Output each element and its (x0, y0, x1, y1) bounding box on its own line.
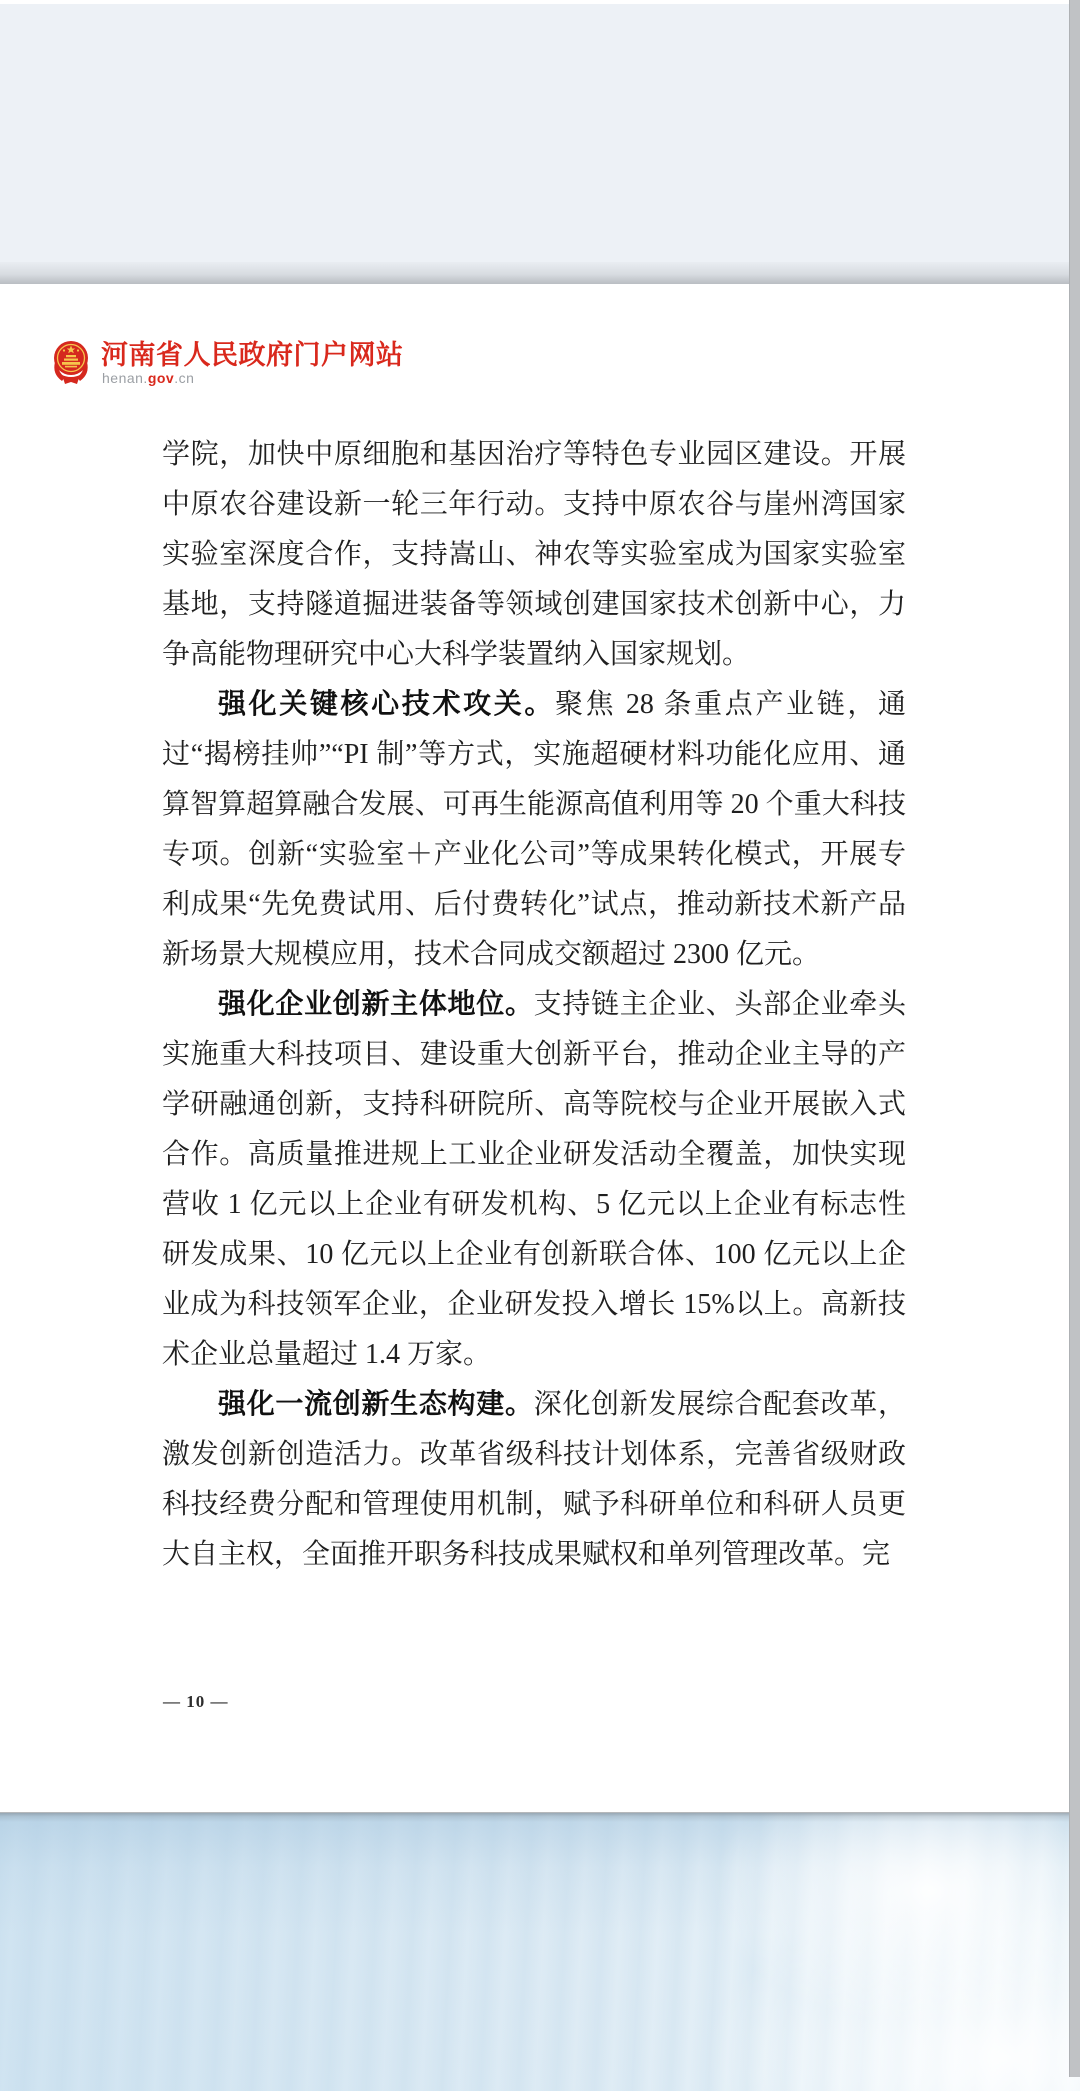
paragraph-lead: 强化企业创新主体地位。 (218, 989, 534, 1020)
next-page-watercolor-decoration (0, 1813, 1080, 2091)
paragraph-text: 支持链主企业、头部企业牵头实施重大科技项目、建设重大创新平台，推动企业主导的产学… (162, 989, 906, 1370)
page-number: — 10 — (163, 1692, 229, 1712)
page-gap-shadow (0, 1812, 1080, 1822)
site-domain-gov: gov (148, 370, 174, 386)
document-page: 河南省人民政府门户网站 henan.gov.cn 学院，加快中原细胞和基因治疗等… (0, 284, 1080, 1812)
site-domain: henan.gov.cn (102, 370, 194, 386)
scrollbar-track[interactable] (1069, 0, 1080, 2077)
china-national-emblem-icon (50, 338, 92, 386)
document-paragraph: 强化一流创新生态构建。深化创新发展综合配套改革，激发创新创造活力。改革省级科技计… (162, 1380, 906, 1580)
site-domain-prefix: henan. (102, 370, 148, 386)
site-header: 河南省人民政府门户网站 henan.gov.cn (0, 284, 1080, 404)
document-paragraph: 强化关键核心技术攻关。聚焦 28 条重点产业链，通过“揭榜挂帅”“PI 制”等方… (162, 680, 906, 980)
screen: 河南省人民政府门户网站 henan.gov.cn 学院，加快中原细胞和基因治疗等… (0, 0, 1080, 2091)
document-paragraph: 学院，加快中原细胞和基因治疗等特色专业园区建设。开展中原农谷建设新一轮三年行动。… (162, 430, 906, 680)
site-title: 河南省人民政府门户网站 (101, 340, 404, 370)
site-domain-suffix: .cn (174, 370, 194, 386)
document-body: 学院，加快中原细胞和基因治疗等特色专业园区建设。开展中原农谷建设新一轮三年行动。… (162, 430, 906, 1580)
paragraph-text: 学院，加快中原细胞和基因治疗等特色专业园区建设。开展中原农谷建设新一轮三年行动。… (162, 439, 906, 670)
document-paragraph: 强化企业创新主体地位。支持链主企业、头部企业牵头实施重大科技项目、建设重大创新平… (162, 980, 906, 1380)
previous-page-bottom (0, 4, 1080, 262)
paragraph-text: 聚焦 28 条重点产业链，通过“揭榜挂帅”“PI 制”等方式，实施超硬材料功能化… (162, 689, 906, 970)
paragraph-lead: 强化关键核心技术攻关。 (218, 689, 555, 720)
paragraph-lead: 强化一流创新生态构建。 (218, 1389, 534, 1420)
